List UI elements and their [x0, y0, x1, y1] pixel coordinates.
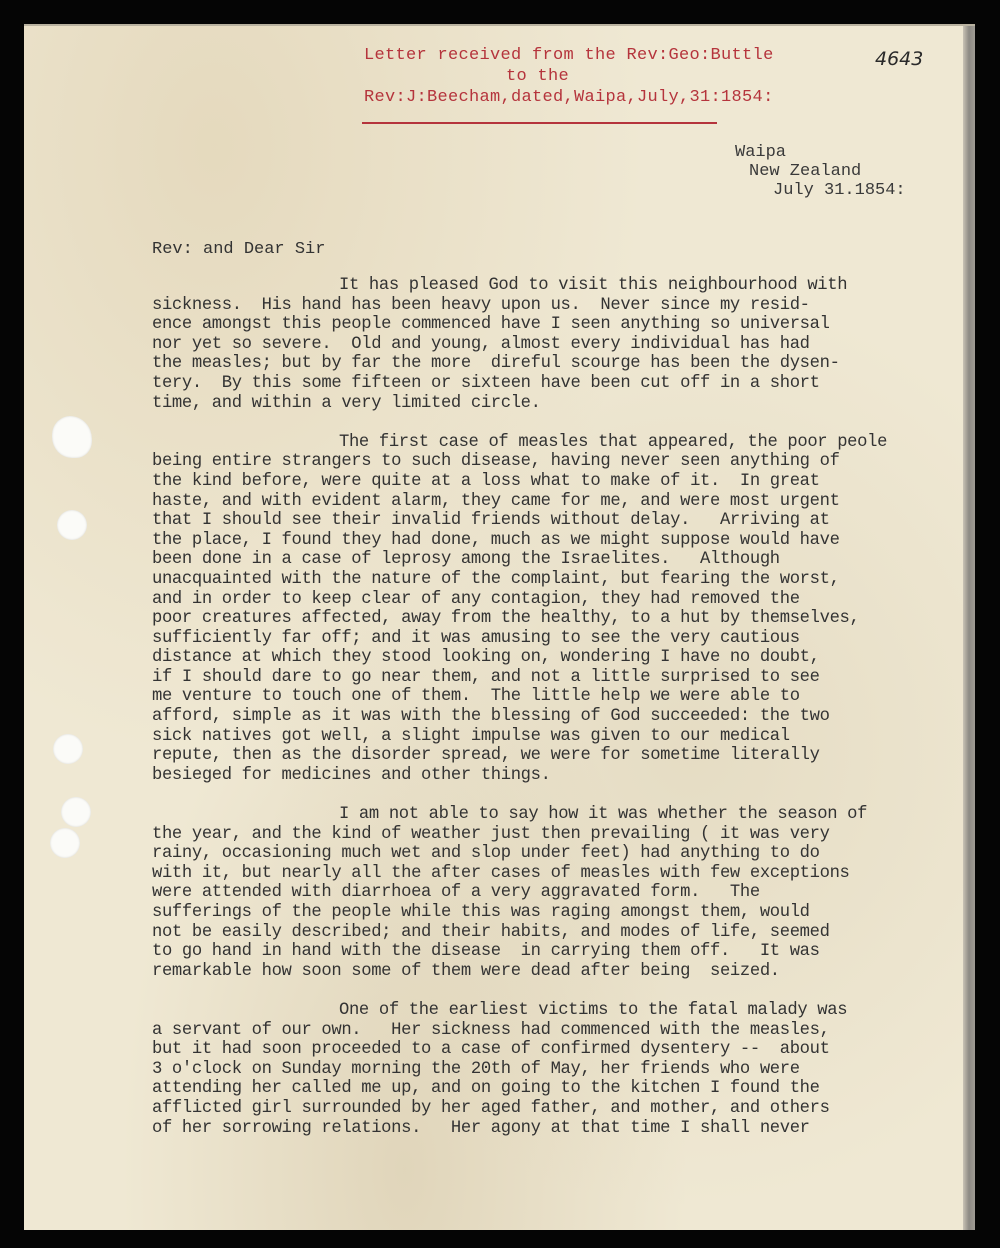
text-line: me venture to touch one of them. The lit…: [152, 687, 982, 707]
text-line: distance at which they stood looking on,…: [152, 648, 982, 668]
text-line: with it, but nearly all the after cases …: [152, 864, 982, 884]
punch-hole: [61, 797, 91, 827]
text-line: the place, I found they had done, much a…: [152, 531, 982, 551]
punch-hole: [57, 510, 87, 540]
text-line: afflicted girl surrounded by her aged fa…: [152, 1099, 982, 1119]
text-line: to go hand in hand with the disease in c…: [152, 942, 982, 962]
text-line: 3 o'clock on Sunday morning the 20th of …: [152, 1060, 982, 1080]
text-line: a servant of our own. Her sickness had c…: [152, 1021, 982, 1041]
text-line: sickness. His hand has been heavy upon u…: [152, 296, 982, 316]
punch-hole: [53, 734, 83, 764]
text-line: besieged for medicines and other things.: [152, 766, 982, 786]
letter-body: It has pleased God to visit this neighbo…: [152, 276, 982, 1158]
header-line-3: Rev:J:Beecham,dated,Waipa,July,31:1854:: [364, 87, 940, 108]
punch-hole: [50, 828, 80, 858]
paragraph: I am not able to say how it was whether …: [152, 805, 982, 981]
text-line: not be easily described; and their habit…: [152, 923, 982, 943]
text-line: afford, simple as it was with the blessi…: [152, 707, 982, 727]
header-underline: [362, 122, 717, 124]
text-line: remarkable how soon some of them were de…: [152, 962, 982, 982]
punch-hole-torn: [52, 416, 92, 458]
paragraph: It has pleased God to visit this neighbo…: [152, 276, 982, 413]
text-line: been done in a case of leprosy among the…: [152, 550, 982, 570]
handwritten-document-number: 4643: [875, 48, 923, 70]
text-line: the measles; but by far the more direful…: [152, 354, 982, 374]
text-line: were attended with diarrhoea of a very a…: [152, 883, 982, 903]
text-line: the year, and the kind of weather just t…: [152, 825, 982, 845]
text-line: I am not able to say how it was whether …: [152, 805, 982, 825]
address-place: Waipa: [735, 143, 906, 162]
paragraph: One of the earliest victims to the fatal…: [152, 1001, 982, 1138]
text-line: repute, then as the disorder spread, we …: [152, 746, 982, 766]
text-line: sufficiently far off; and it was amusing…: [152, 629, 982, 649]
paragraph: The first case of measles that appeared,…: [152, 433, 982, 786]
text-line: One of the earliest victims to the fatal…: [152, 1001, 982, 1021]
salutation: Rev: and Dear Sir: [152, 240, 325, 259]
text-line: rainy, occasioning much wet and slop und…: [152, 844, 982, 864]
text-line: of her sorrowing relations. Her agony at…: [152, 1119, 982, 1139]
text-line: if I should dare to go near them, and no…: [152, 668, 982, 688]
text-line: haste, and with evident alarm, they came…: [152, 492, 982, 512]
text-line: attending her called me up, and on going…: [152, 1079, 982, 1099]
text-line: The first case of measles that appeared,…: [152, 433, 982, 453]
text-line: time, and within a very limited circle.: [152, 394, 982, 414]
text-line: and in order to keep clear of any contag…: [152, 590, 982, 610]
letter-date: July 31.1854:: [773, 181, 906, 200]
sender-address: Waipa New Zealand July 31.1854:: [735, 143, 906, 200]
text-line: ence amongst this people commenced have …: [152, 315, 982, 335]
text-line: It has pleased God to visit this neighbo…: [152, 276, 982, 296]
text-line: poor creatures affected, away from the h…: [152, 609, 982, 629]
text-line: tery. By this some fifteen or sixteen ha…: [152, 374, 982, 394]
text-line: but it had soon proceeded to a case of c…: [152, 1040, 982, 1060]
text-line: sick natives got well, a slight impulse …: [152, 727, 982, 747]
text-line: the kind before, were quite at a loss wh…: [152, 472, 982, 492]
address-country: New Zealand: [749, 162, 906, 181]
text-line: sufferings of the people while this was …: [152, 903, 982, 923]
text-line: that I should see their invalid friends …: [152, 511, 982, 531]
header-line-1: Letter received from the Rev:Geo:Buttle: [364, 45, 940, 66]
letter-header: Letter received from the Rev:Geo:Buttle …: [340, 45, 940, 108]
text-line: unacquainted with the nature of the comp…: [152, 570, 982, 590]
text-line: being entire strangers to such disease, …: [152, 452, 982, 472]
text-line: nor yet so severe. Old and young, almost…: [152, 335, 982, 355]
